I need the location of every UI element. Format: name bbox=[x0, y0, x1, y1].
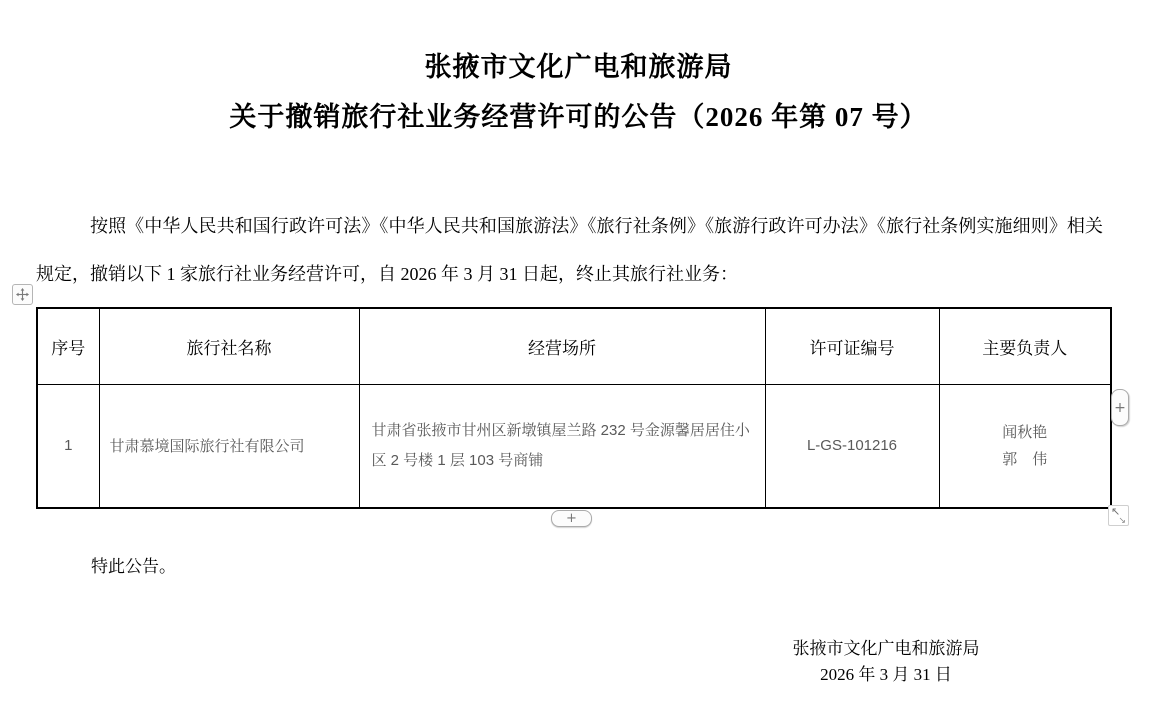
closing-statement: 特此公告。 bbox=[91, 556, 176, 578]
header-agency-name: 旅行社名称 bbox=[99, 308, 359, 384]
plus-icon: + bbox=[566, 511, 577, 526]
move-icon bbox=[16, 288, 29, 301]
resize-se-arrow-icon: ↘ bbox=[1118, 516, 1126, 526]
header-index: 序号 bbox=[37, 308, 99, 384]
document-title-line1: 张掖市文化广电和旅游局 bbox=[0, 50, 1157, 84]
revocation-table: 序号 旅行社名称 经营场所 许可证编号 主要负责人 1 甘肃慕境国际旅行社有限公… bbox=[36, 307, 1112, 509]
header-license-number: 许可证编号 bbox=[765, 308, 939, 384]
insert-row-button[interactable]: + bbox=[551, 510, 592, 527]
table-move-handle[interactable] bbox=[12, 284, 33, 305]
signature-agency: 张掖市文化广电和旅游局 bbox=[736, 636, 1036, 662]
cell-agency-name: 甘肃慕境国际旅行社有限公司 bbox=[99, 384, 359, 508]
responsible-person-2: 郭 伟 bbox=[941, 446, 1110, 473]
table-header-row: 序号 旅行社名称 经营场所 许可证编号 主要负责人 bbox=[37, 308, 1111, 384]
responsible-person-1: 闻秋艳 bbox=[941, 419, 1110, 446]
body-paragraph: 按照《中华人民共和国行政许可法》《中华人民共和国旅游法》《旅行社条例》《旅游行政… bbox=[36, 202, 1103, 298]
header-business-address: 经营场所 bbox=[359, 308, 765, 384]
header-responsible-person: 主要负责人 bbox=[939, 308, 1111, 384]
cell-index: 1 bbox=[37, 384, 99, 508]
table-resize-handle[interactable]: ↖ ↘ bbox=[1108, 505, 1129, 526]
table-row: 1 甘肃慕境国际旅行社有限公司 甘肃省张掖市甘州区新墩镇屋兰路 232 号金源馨… bbox=[37, 384, 1111, 508]
plus-icon: + bbox=[1114, 400, 1126, 416]
signature-block: 张掖市文化广电和旅游局 2026 年 3 月 31 日 bbox=[736, 636, 1036, 688]
insert-column-button[interactable]: + bbox=[1111, 389, 1129, 426]
cell-responsible-persons: 闻秋艳 郭 伟 bbox=[939, 384, 1111, 508]
cell-business-address: 甘肃省张掖市甘州区新墩镇屋兰路 232 号金源馨居居住小区 2 号楼 1 层 1… bbox=[359, 384, 765, 508]
signature-date: 2026 年 3 月 31 日 bbox=[736, 662, 1036, 688]
document-page: 张掖市文化广电和旅游局 关于撤销旅行社业务经营许可的公告（2026 年第 07 … bbox=[0, 0, 1157, 703]
cell-license-number: L-GS-101216 bbox=[765, 384, 939, 508]
document-title-line2: 关于撤销旅行社业务经营许可的公告（2026 年第 07 号） bbox=[0, 100, 1157, 134]
